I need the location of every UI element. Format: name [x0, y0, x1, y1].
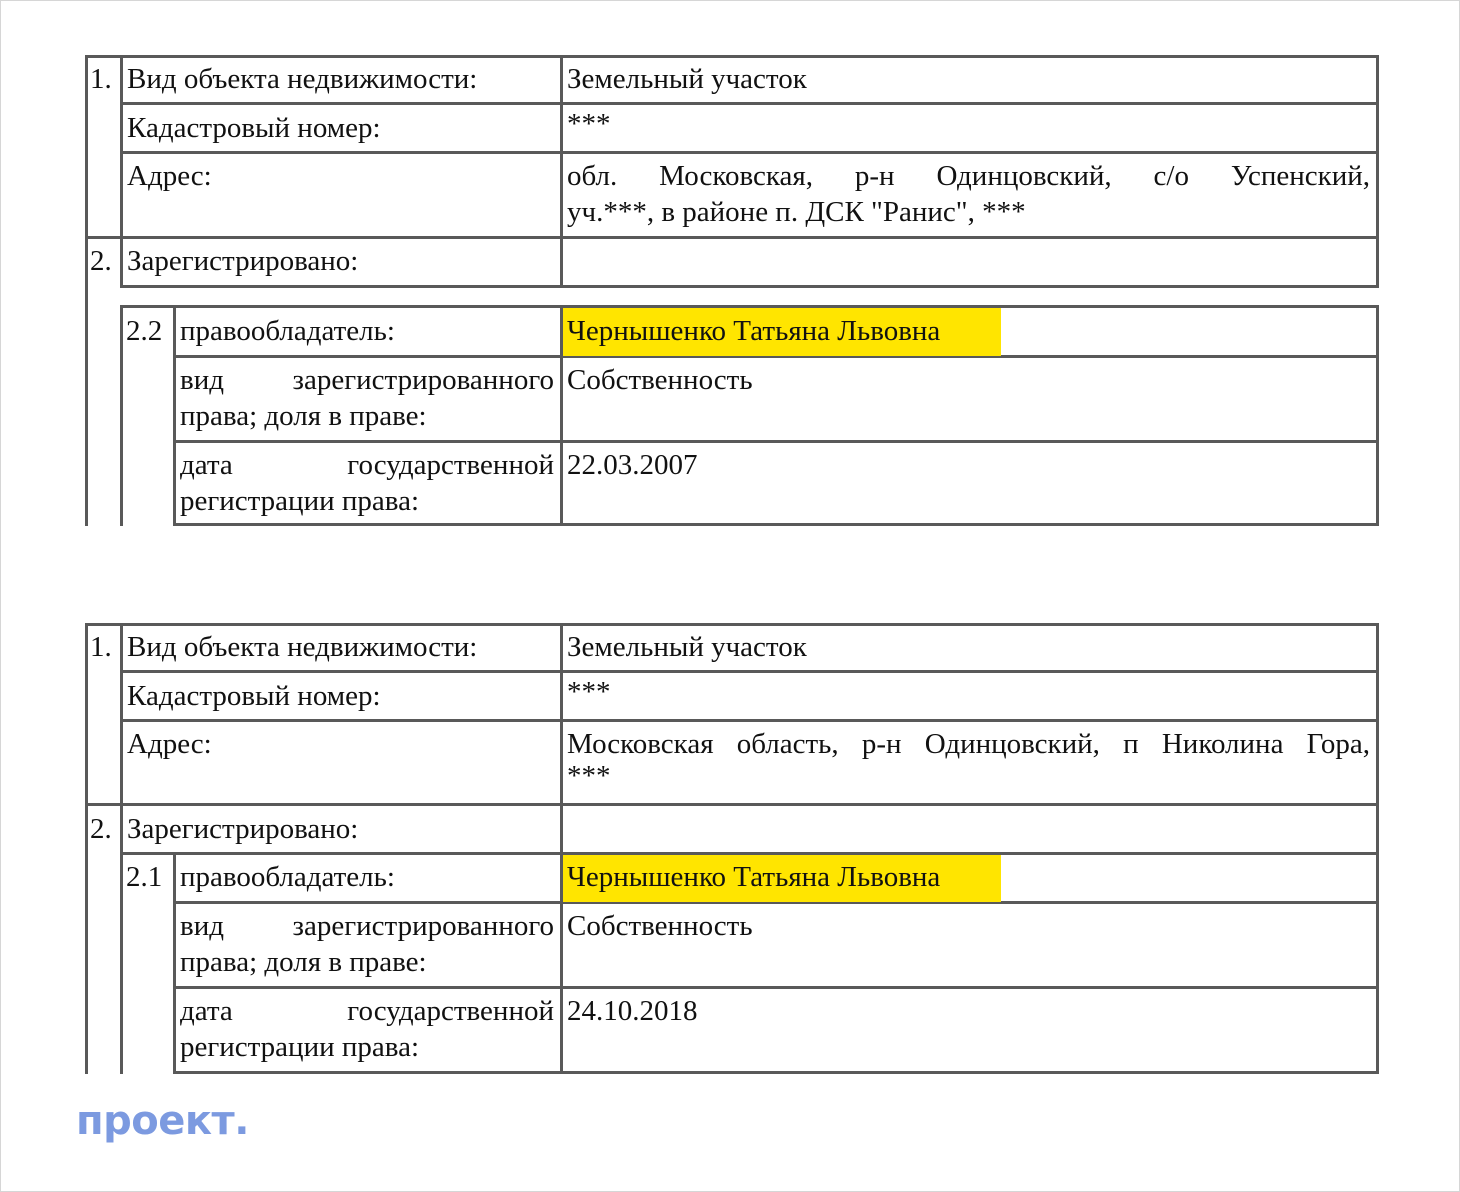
section-number: 2. [90, 811, 112, 847]
reg-date-label-line2: регистрации права: [180, 483, 554, 519]
reg-date-value: 24.10.2018 [567, 993, 698, 1029]
rule [120, 55, 123, 288]
holder-label: правообладатель: [180, 859, 395, 895]
rule [121, 719, 1379, 722]
cadastral-label: Кадастровый номер: [127, 678, 381, 714]
address-value-line1: Московская область, р-н Одинцовский, п Н… [567, 726, 1370, 762]
rule [1376, 623, 1379, 1074]
rule [174, 523, 1379, 526]
address-label: Адрес: [127, 158, 212, 194]
rule [85, 55, 1379, 58]
right-type-value: Собственность [567, 362, 753, 398]
proekt-logo: проект. [76, 1098, 249, 1144]
cadastral-label: Кадастровый номер: [127, 110, 381, 146]
rule [560, 623, 563, 1074]
rule [1376, 55, 1379, 288]
reg-date-label: дата государственнойрегистрации права: [180, 993, 554, 1065]
address-value-line2: *** [567, 758, 611, 794]
rule [173, 305, 176, 526]
object-type-label: Вид объекта недвижимости: [127, 629, 477, 665]
rule [121, 151, 1379, 154]
object-type-value: Земельный участок [567, 629, 807, 665]
cadastral-value: *** [567, 674, 611, 710]
reg-date-label-line1: дата государственной [180, 993, 554, 1029]
rule [560, 55, 563, 288]
rule [174, 1071, 1379, 1074]
object-type-label: Вид объекта недвижимости: [127, 61, 477, 97]
section-number: 1. [90, 61, 112, 97]
reg-date-label: дата государственнойрегистрации права: [180, 447, 554, 519]
section-number: 1. [90, 629, 112, 665]
section-number: 2. [90, 243, 112, 279]
rule [85, 803, 1379, 806]
reg-date-label-line2: регистрации права: [180, 1029, 554, 1065]
right-type-label: вид зарегистрированногоправа; доля в пра… [180, 908, 554, 980]
address-line1: обл. Московская, р-н Одинцовский, с/о Ус… [567, 158, 1370, 194]
registered-label: Зарегистрировано: [127, 243, 358, 279]
holder-value: Чернышенко Татьяна Львовна [567, 313, 940, 349]
subsection-number: 2.2 [126, 313, 162, 349]
holder-value: Чернышенко Татьяна Львовна [567, 859, 940, 895]
rule [85, 236, 1379, 239]
right-type-label-line1: вид зарегистрированного [180, 908, 554, 944]
rule [174, 986, 1379, 989]
right-type-label-line2: права; доля в праве: [180, 398, 554, 434]
reg-date-value: 22.03.2007 [567, 447, 698, 483]
rule [85, 55, 88, 526]
address-value-line2: уч.***, в районе п. ДСК "Ранис", *** [567, 194, 1026, 230]
reg-date-label-line1: дата государственной [180, 447, 554, 483]
rule [173, 852, 176, 1074]
rule [174, 440, 1379, 443]
rule [120, 305, 123, 526]
address-value-line1: обл. Московская, р-н Одинцовский, с/о Ус… [567, 158, 1370, 194]
rule [121, 285, 1379, 288]
rule [120, 623, 123, 1074]
right-type-label-line2: права; доля в праве: [180, 944, 554, 980]
address-label: Адрес: [127, 726, 212, 762]
rule [85, 623, 88, 1074]
subsection-number: 2.1 [126, 859, 162, 895]
rule [1376, 305, 1379, 526]
object-type-value: Земельный участок [567, 61, 807, 97]
rule [121, 670, 1379, 673]
right-type-value: Собственность [567, 908, 753, 944]
right-type-label-line1: вид зарегистрированного [180, 362, 554, 398]
rule [85, 623, 1379, 626]
cadastral-value: *** [567, 106, 611, 142]
registered-label: Зарегистрировано: [127, 811, 358, 847]
holder-label: правообладатель: [180, 313, 395, 349]
rule [121, 102, 1379, 105]
right-type-label: вид зарегистрированногоправа; доля в пра… [180, 362, 554, 434]
address-line1: Московская область, р-н Одинцовский, п Н… [567, 726, 1370, 762]
